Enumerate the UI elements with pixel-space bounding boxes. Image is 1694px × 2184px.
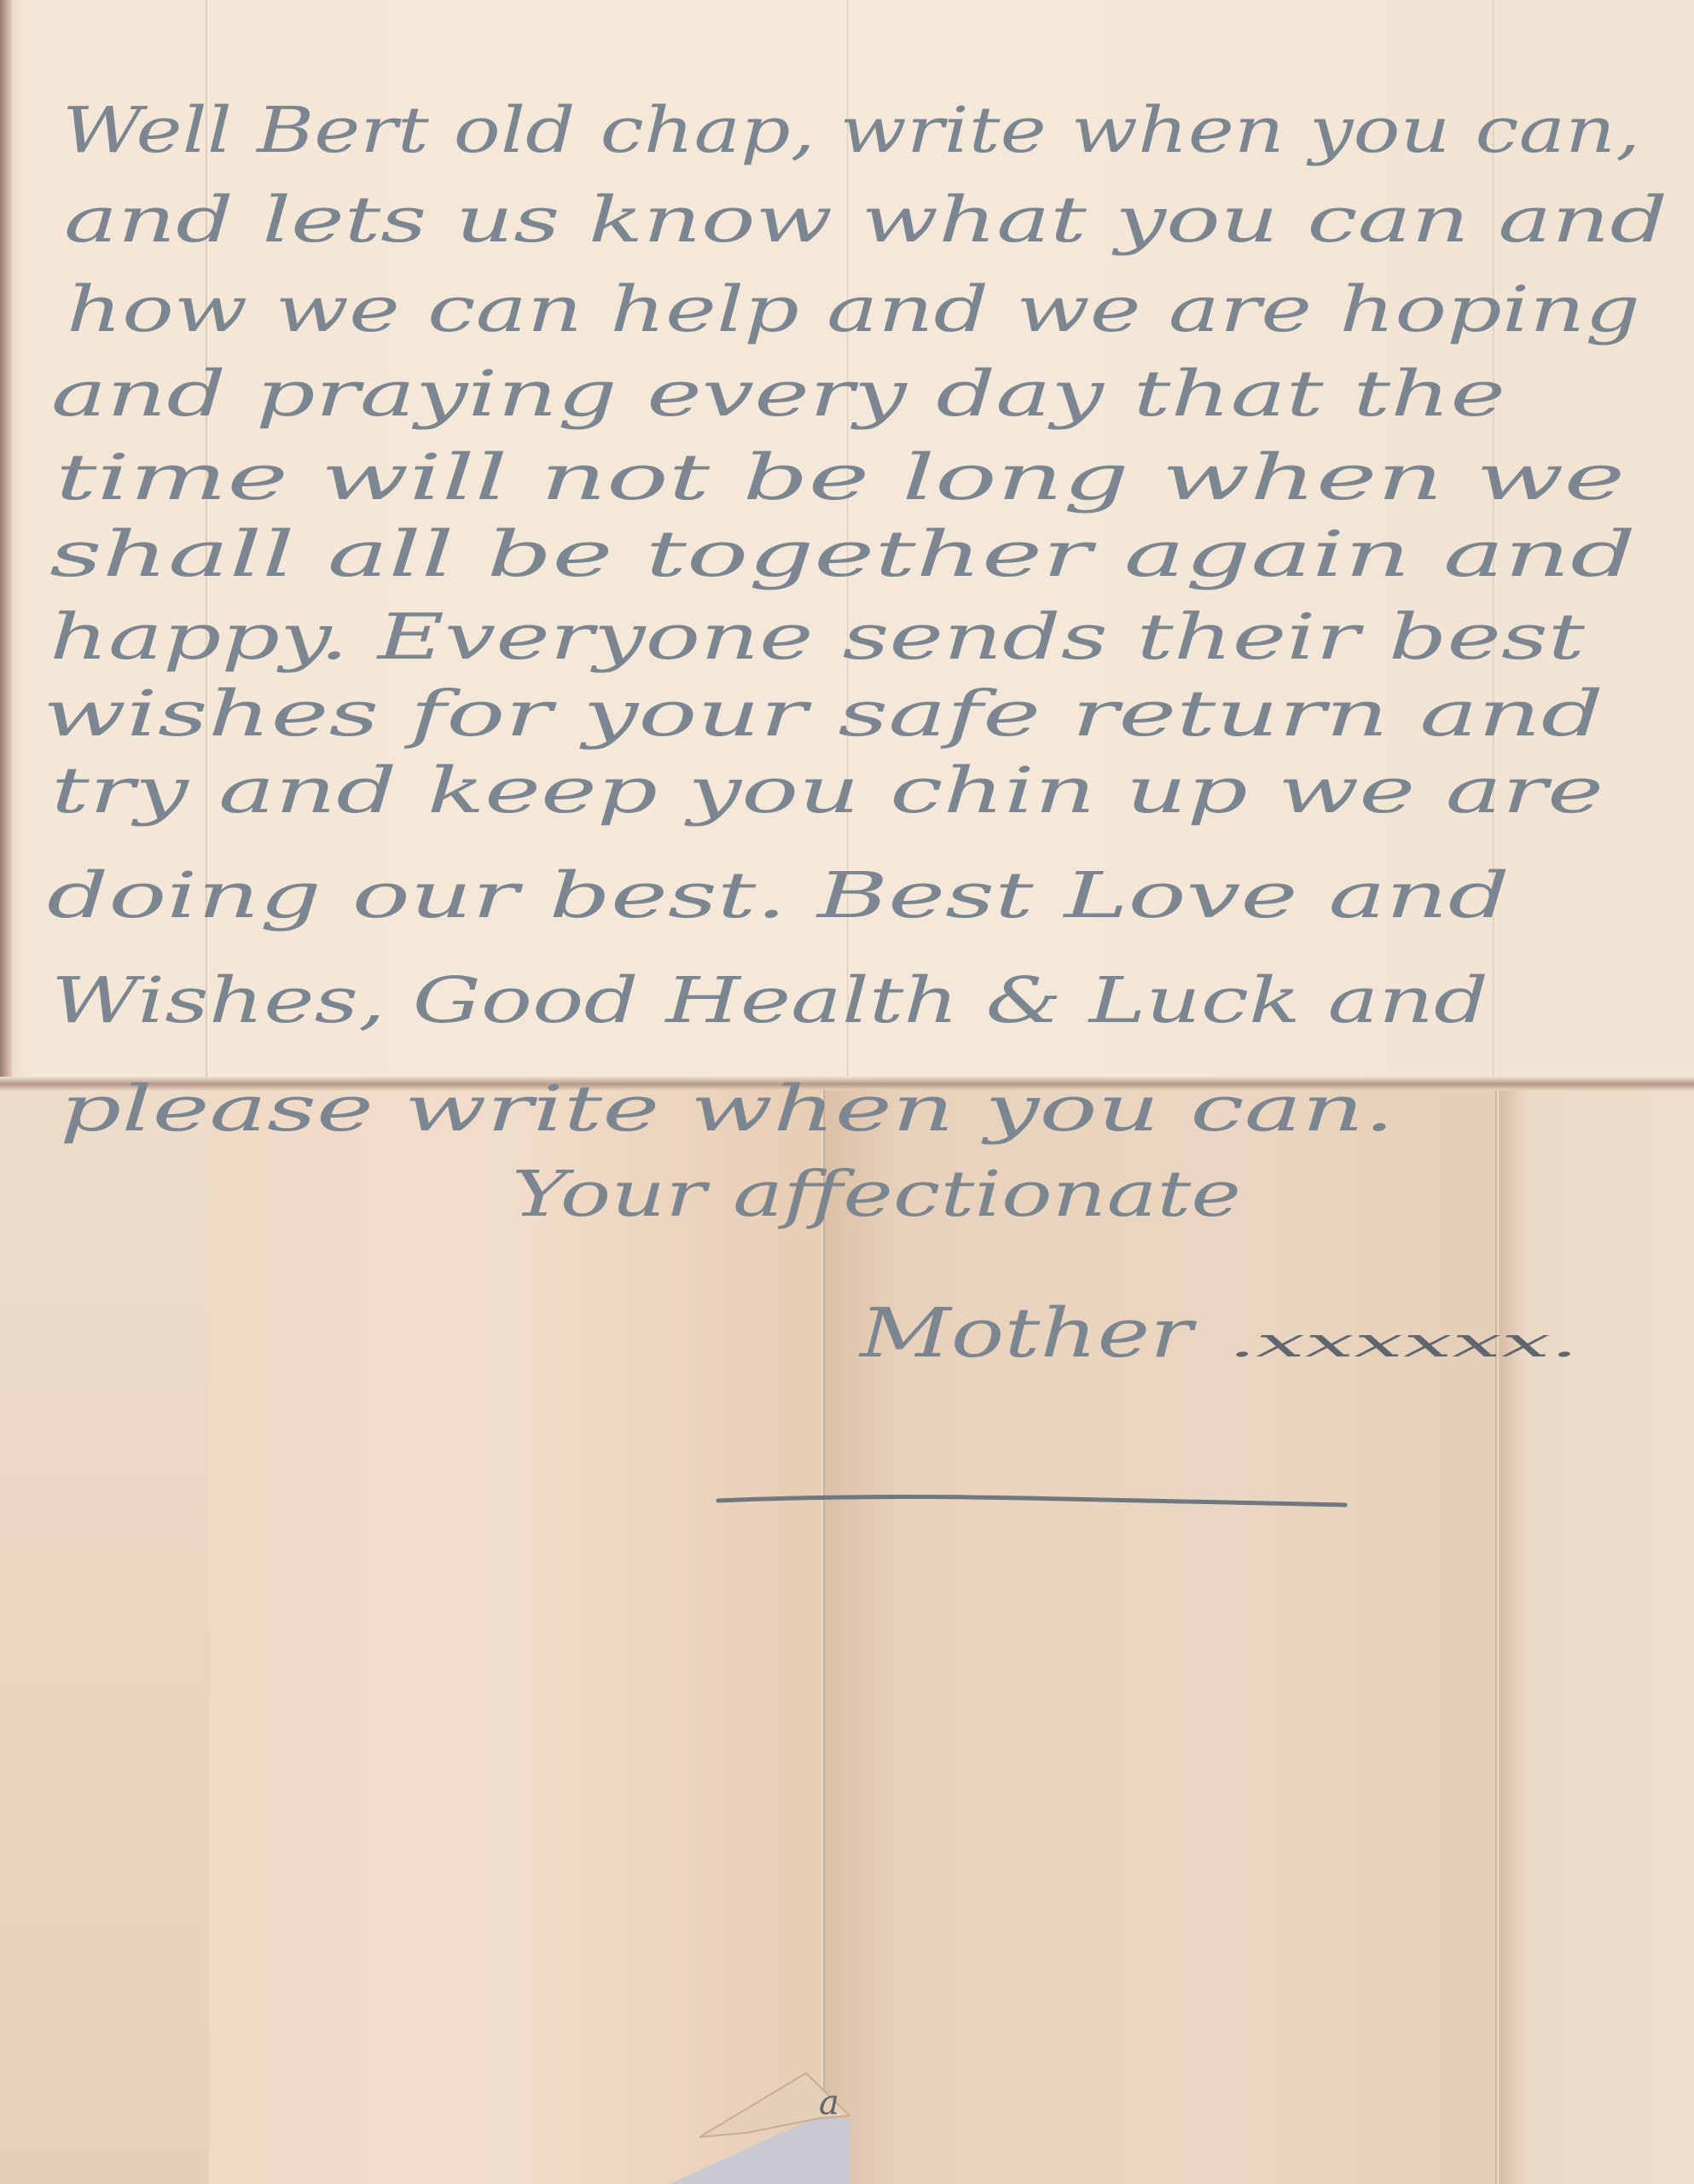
body-line-6: shall all be together again and bbox=[49, 518, 1636, 591]
letter-body: Well Bert old chap, write when you can, … bbox=[43, 94, 1668, 1146]
letter-closing: Your affectionate Mother .xxxxxx. bbox=[512, 1158, 1578, 1505]
body-line-10: doing our best. Best Love and bbox=[47, 859, 1510, 932]
body-line-1: Well Bert old chap, write when you can, bbox=[62, 94, 1640, 167]
body-line-11: Wishes, Good Health & Luck and bbox=[51, 964, 1488, 1037]
body-line-9: try and keep you chin up we are bbox=[51, 754, 1604, 828]
body-line-12: please write when you can. bbox=[60, 1072, 1395, 1146]
closing-phrase: Your affectionate bbox=[512, 1158, 1241, 1231]
body-line-5: time will not be long when we bbox=[55, 441, 1625, 514]
handwriting-layer: a Well Bert old chap, write when you can… bbox=[0, 0, 1694, 2184]
body-line-7: happy. Everyone sends their best bbox=[49, 601, 1585, 674]
body-line-8: wishes for your safe return and bbox=[43, 677, 1604, 751]
kisses: .xxxxxx. bbox=[1228, 1319, 1578, 1367]
signature-mother: Mother bbox=[857, 1293, 1198, 1373]
corner-mark: a bbox=[819, 2083, 839, 2123]
letter-scan: a Well Bert old chap, write when you can… bbox=[0, 0, 1694, 2184]
body-line-4: and praying every day that the bbox=[51, 357, 1505, 431]
body-line-3: how we can help and we are hoping bbox=[67, 273, 1640, 346]
body-line-2: and lets us know what you can and bbox=[64, 183, 1668, 257]
signature-underline bbox=[718, 1497, 1345, 1505]
